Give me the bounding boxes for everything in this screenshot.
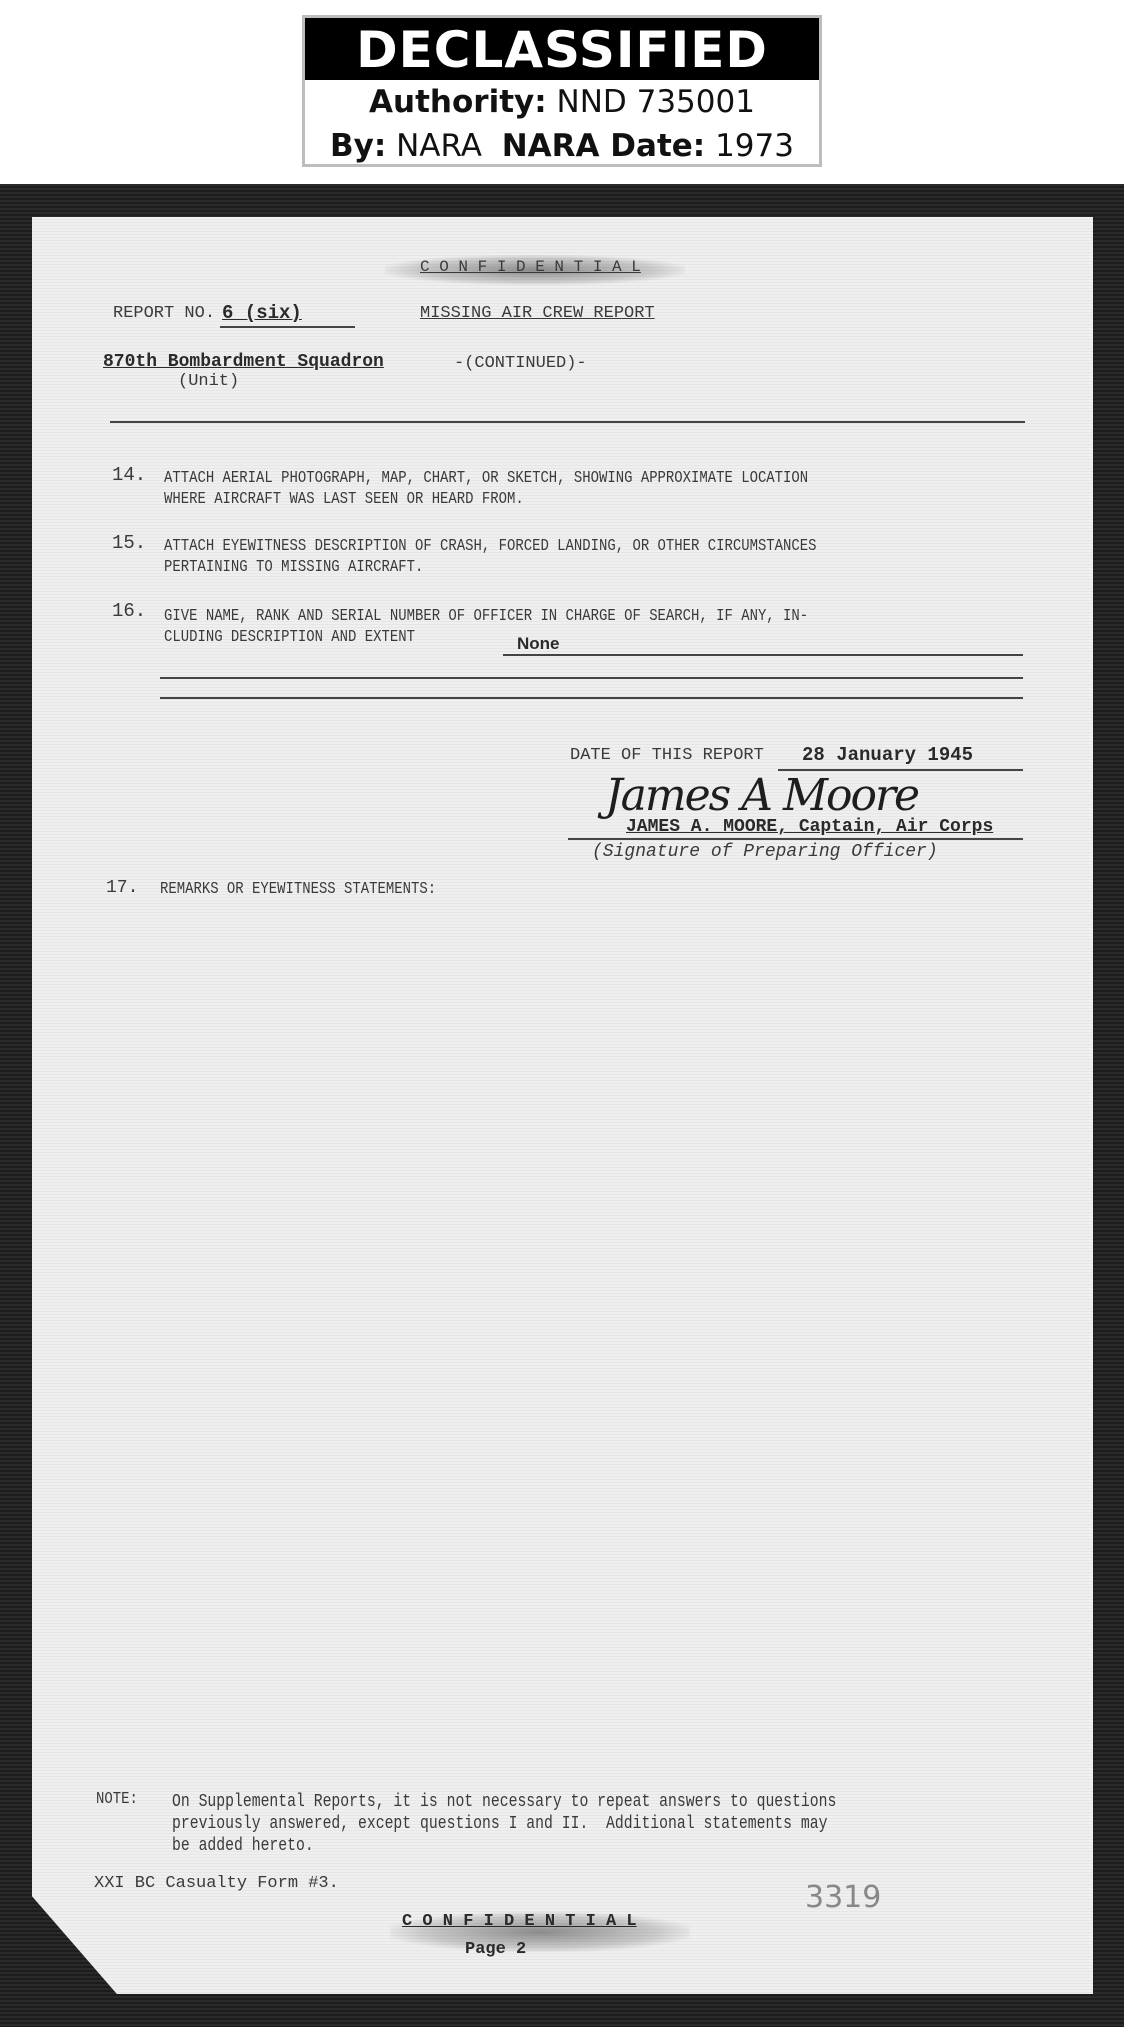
officer-signature: James A Moore [605,770,918,821]
unit-label: (Unit) [178,372,239,391]
answer-line-3 [160,697,1023,699]
note-line-3: be added hereto. [172,1836,314,1856]
archive-stamp-number: 3319 [805,1880,881,1915]
item-17-label: REMARKS OR EYEWITNESS STATEMENTS: [160,880,436,899]
form-id: XXI BC Casualty Form #3. [94,1874,339,1893]
stamp-authority: Authority: NND 735001 [305,80,819,124]
item-16-answer: None [517,634,560,654]
nara-date-value: 1973 [715,128,794,164]
report-no-label: REPORT NO. [113,304,215,323]
item-15-number: 15. [112,532,146,554]
report-date-label: DATE OF THIS REPORT [570,746,764,765]
continued-label: -(CONTINUED)- [454,354,587,373]
item-14-number: 14. [112,464,146,486]
classification-bottom: C O N F I D E N T I A L [402,1912,637,1931]
page-number: Page 2 [465,1940,526,1959]
report-no-underline [220,326,355,328]
report-date-value: 28 January 1945 [802,744,973,766]
answer-line-2 [160,677,1023,679]
signature-line [568,838,1023,840]
item-17-number: 17. [106,878,138,898]
stamp-title: DECLASSIFIED [305,18,819,80]
note-line-2: previously answered, except questions I … [172,1814,827,1834]
signature-caption: (Signature of Preparing Officer) [592,842,938,862]
item-16-number: 16. [112,600,146,622]
by-value: NARA [396,128,482,164]
declassified-stamp: DECLASSIFIED Authority: NND 735001 By: N… [302,15,822,167]
nara-date-label: NARA Date: [502,128,705,164]
item-16-line1: GIVE NAME, RANK AND SERIAL NUMBER OF OFF… [164,607,808,626]
answer-line-1 [503,654,1023,656]
authority-label: Authority: [369,84,547,120]
stamp-by-date: By: NARA NARA Date: 1973 [305,124,819,168]
unit-value: 870th Bombardment Squadron [103,352,384,372]
item-14-line2: WHERE AIRCRAFT WAS LAST SEEN OR HEARD FR… [164,490,524,509]
item-16-line2: CLUDING DESCRIPTION AND EXTENT [164,628,415,647]
note-line-1: On Supplemental Reports, it is not neces… [172,1792,836,1812]
header-divider [110,421,1025,423]
report-no-value: 6 (six) [222,302,302,324]
note-label: NOTE: [96,1790,138,1809]
classification-top: C O N F I D E N T I A L [420,258,641,276]
item-15-line2: PERTAINING TO MISSING AIRCRAFT. [164,558,423,577]
by-label: By: [330,128,386,164]
typed-officer-name: JAMES A. MOORE, Captain, Air Corps [626,817,993,837]
item-15-line1: ATTACH EYEWITNESS DESCRIPTION OF CRASH, … [164,537,817,556]
item-14-line1: ATTACH AERIAL PHOTOGRAPH, MAP, CHART, OR… [164,469,808,488]
form-title: MISSING AIR CREW REPORT [420,304,655,323]
authority-value: NND 735001 [557,84,755,120]
